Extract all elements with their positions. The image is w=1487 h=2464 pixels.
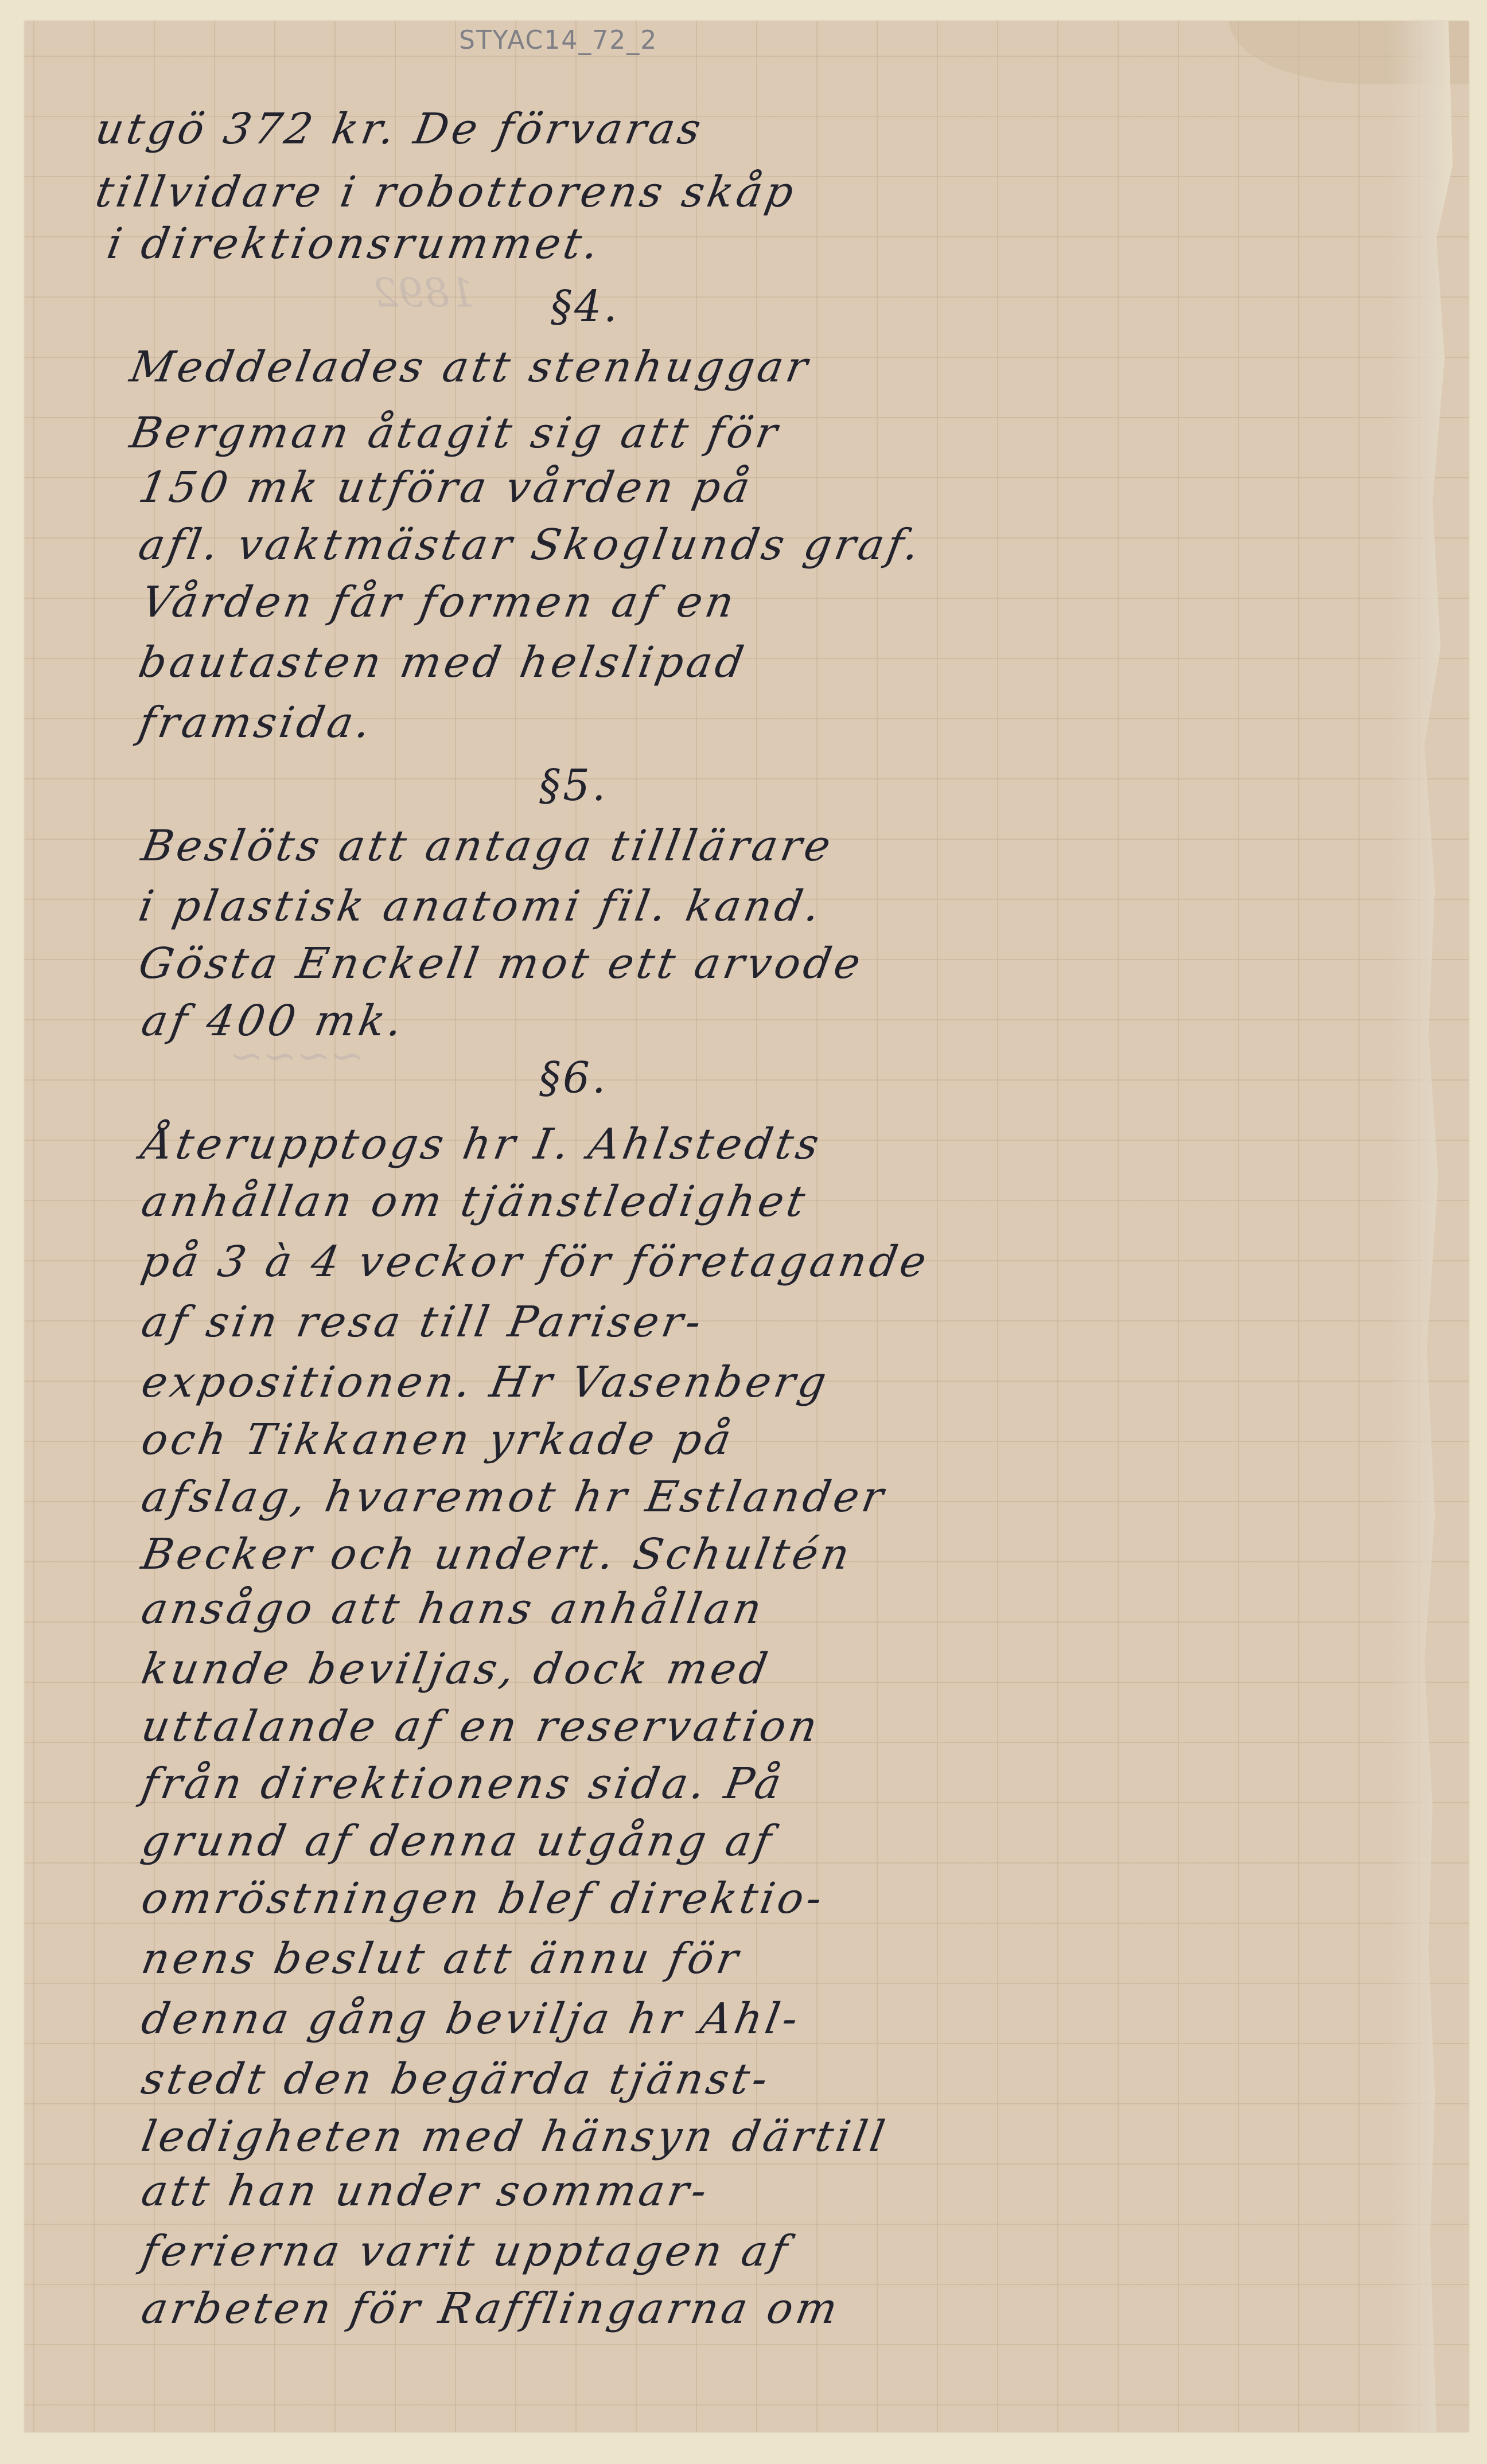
text-line: i plastisk anatomi fil. kand.	[135, 880, 827, 932]
text-line: utgö 372 kr. De förvaras	[92, 103, 708, 155]
text-line: denna gång bevilja hr Ahl-	[138, 1993, 805, 2045]
bleed-through-text: 1892	[373, 270, 475, 317]
text-line: af 400 mk.	[138, 995, 410, 1047]
section-heading-4: §4.	[551, 281, 780, 333]
text-line: expositionen. Hr Vasenberg	[138, 1356, 834, 1408]
text-line: omröstningen blef direktio-	[138, 1873, 829, 1924]
torn-right-edge	[1388, 21, 1469, 2432]
text-line: Meddelades att stenhuggar	[126, 341, 815, 393]
text-line: framsida.	[135, 697, 378, 748]
text-line: tillvidare i robottorens skåp	[92, 166, 801, 218]
text-line: Gösta Enckell mot ett arvode	[135, 938, 867, 989]
text-line: och Tikkanen yrkade på	[138, 1414, 738, 1465]
text-line: Vården får formen af en	[138, 576, 741, 628]
text-line: afslag, hvaremot hr Estlander	[138, 1471, 891, 1523]
text-line: från direktionens sida. På	[138, 1758, 788, 1810]
text-line: på 3 à 4 veckor för företagande	[138, 1236, 933, 1288]
text-line: bautasten med helslipad	[135, 637, 751, 688]
text-line: nens beslut att ännu för	[138, 1933, 745, 1985]
text-line: Becker och undert. Schultén	[138, 1529, 857, 1580]
text-line: afl. vaktmästar Skoglunds graf.	[135, 519, 927, 571]
text-line: ansågo att hans anhållan	[138, 1583, 769, 1635]
section-heading-6: §6.	[539, 1052, 769, 1104]
text-line: ledigheten med hänsyn därtill	[138, 2111, 892, 2162]
text-line: i direktionsrummet.	[103, 218, 606, 270]
text-line: Beslöts att antaga tilllärare	[138, 820, 838, 872]
section-heading-5: §5.	[539, 760, 769, 812]
text-line: anhållan om tjänstledighet	[138, 1176, 812, 1227]
text-line: Bergman åtagit sig att för	[126, 407, 784, 459]
text-line: 150 mk utföra vården på	[135, 462, 757, 513]
text-line: af sin resa till Pariser-	[138, 1296, 709, 1348]
text-line: ferierna varit upptagen af	[138, 2225, 795, 2277]
text-line: stedt den begärda tjänst-	[138, 2053, 775, 2105]
text-line: grund af denna utgång af	[138, 1815, 778, 1867]
text-line: att han under sommar-	[138, 2165, 714, 2217]
archive-reference-label: STYAC14_72_2	[459, 26, 657, 55]
text-line: kunde beviljas, dock med	[138, 1643, 774, 1695]
text-line: arbeten för Rafflingarna om	[138, 2283, 844, 2334]
text-line: Återupptogs hr I. Ahlstedts	[138, 1118, 826, 1170]
text-line: uttalande af en reservation	[138, 1701, 824, 1752]
